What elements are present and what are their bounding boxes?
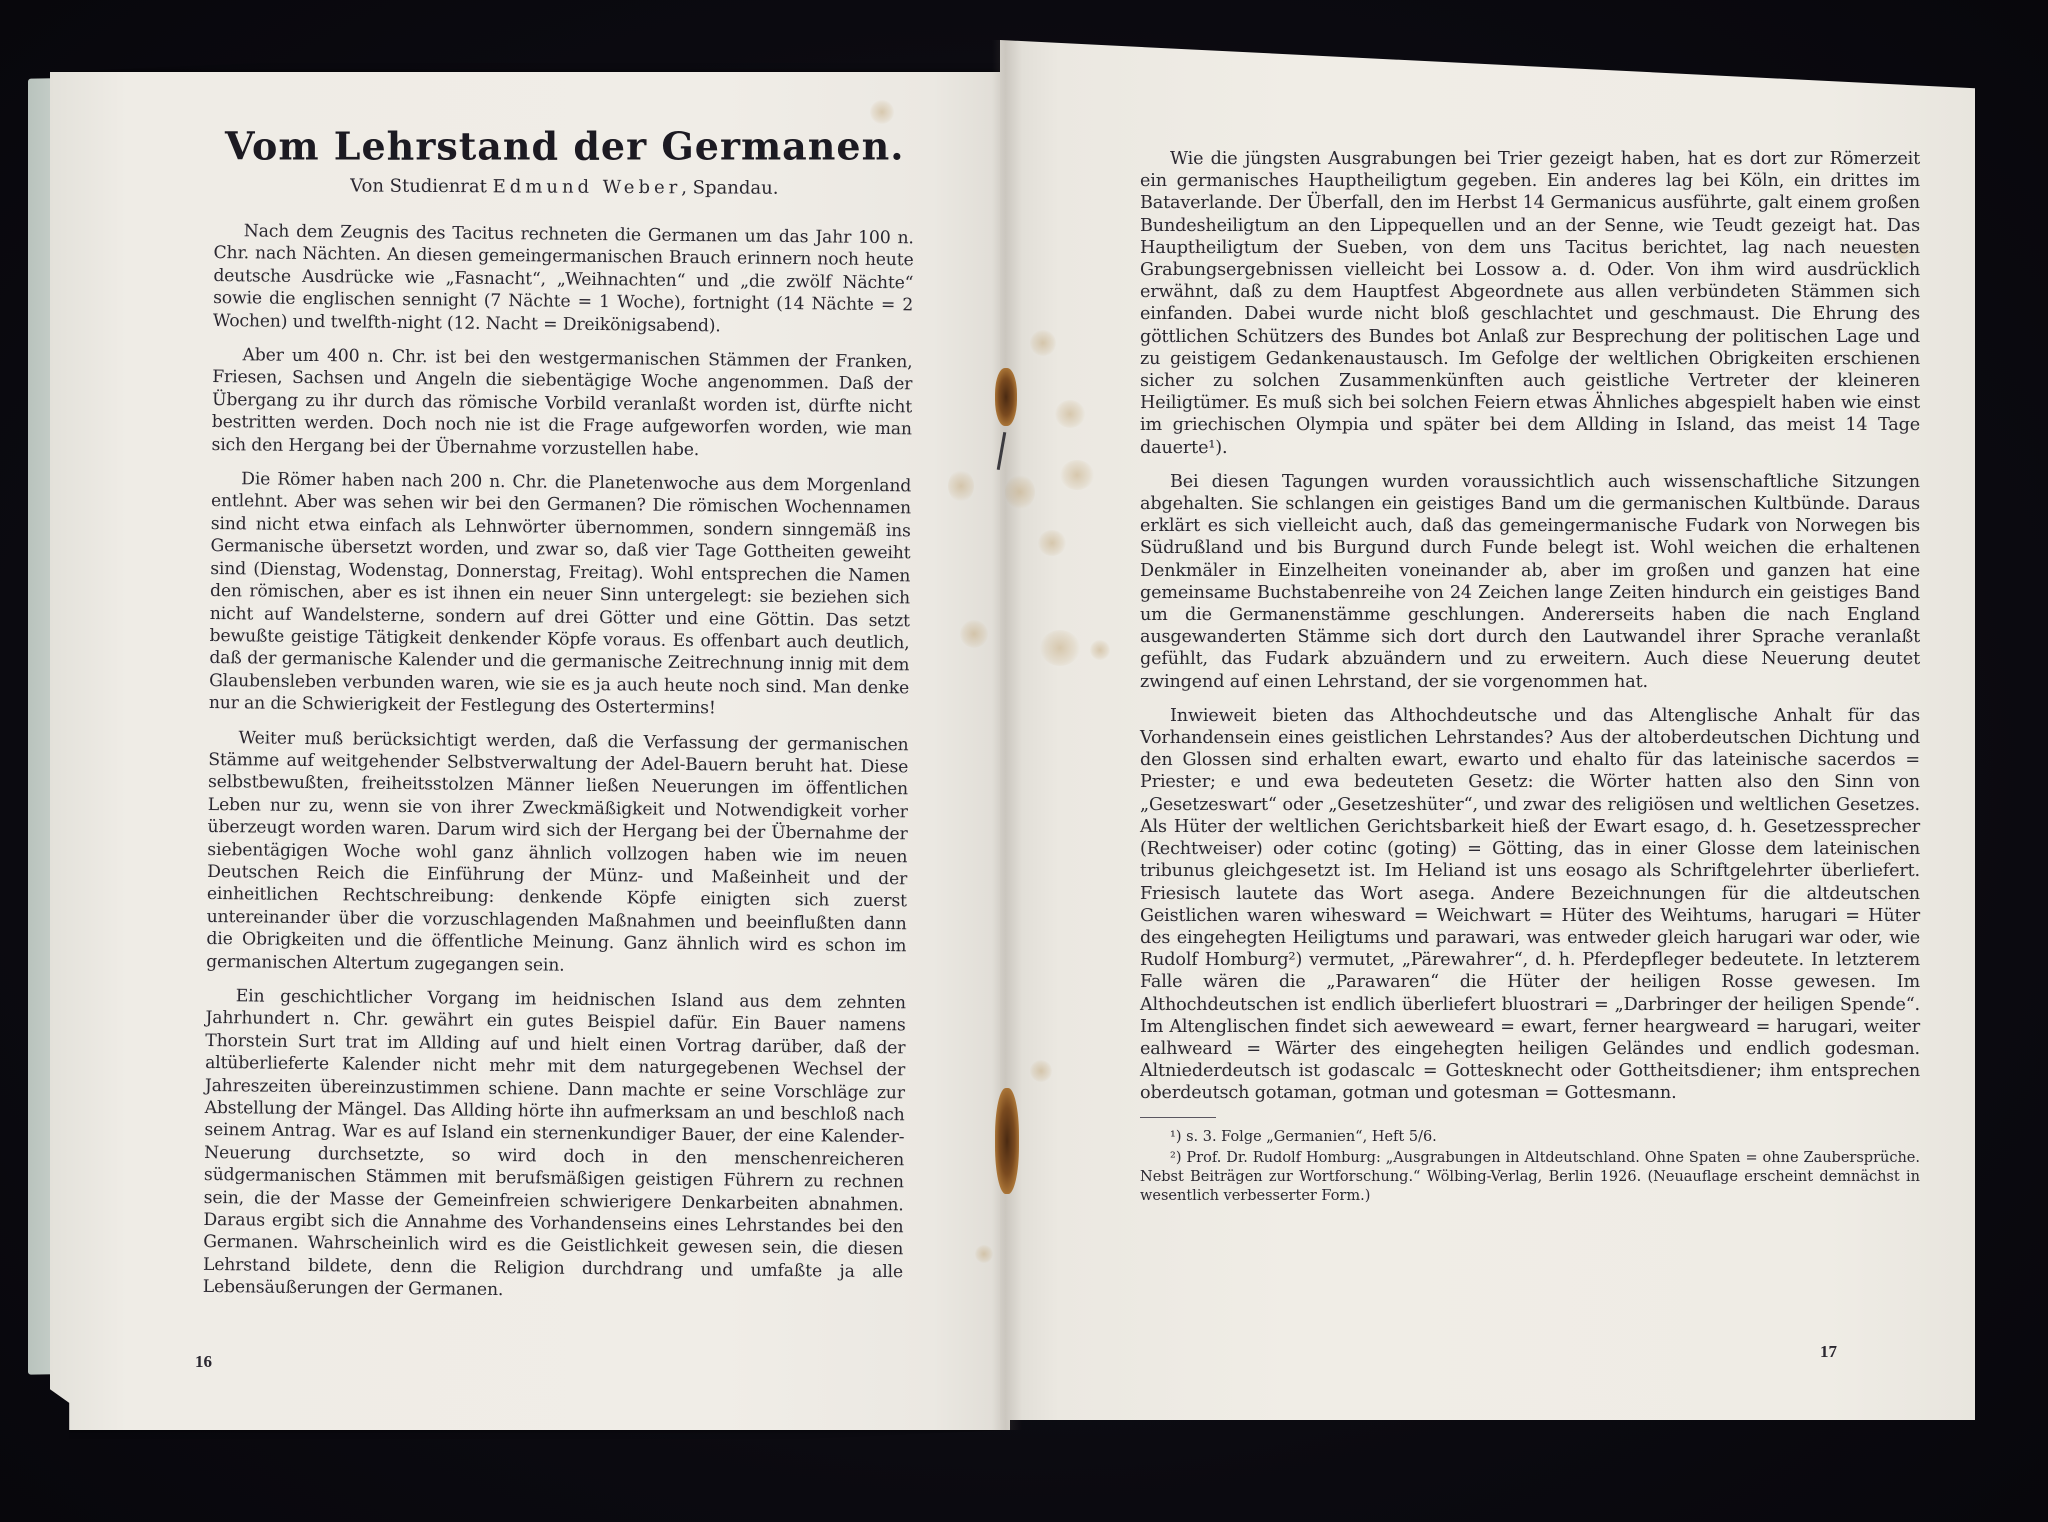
right-page-text: Wie die jüngsten Ausgrabungen bei Trier … [1140,148,1920,1208]
paragraph: Bei diesen Tagungen wurden voraussichtli… [1140,471,1920,693]
page-number-left: 16 [195,1352,212,1372]
foxing-stain [1038,530,1066,556]
foxing-stain [975,1245,993,1263]
footnote: ²) Prof. Dr. Rudolf Homburg: „Ausgrabung… [1140,1149,1920,1206]
byline-prefix: Von Studienrat [350,176,487,198]
paragraph: Weiter muß berücksichtigt werden, daß di… [206,726,909,980]
byline-suffix: , Spandau. [681,177,778,199]
paragraph: Wie die jüngsten Ausgrabungen bei Trier … [1140,148,1920,459]
article-byline: Von Studienrat Edmund Weber, Spandau. [214,175,914,200]
paragraph: Ein geschichtlicher Vorgang im heidnisch… [203,985,906,1306]
rust-stain-top [995,368,1017,426]
left-page-text: Vom Lehrstand der Germanen. Von Studienr… [203,120,915,1318]
paragraph: Die Römer haben nach 200 n. Chr. die Pla… [209,468,912,722]
rust-stain-bottom [995,1088,1019,1194]
foxing-stain [1040,630,1080,666]
foxing-stain [1090,640,1110,660]
paragraph: Nach dem Zeugnis des Tacitus rechneten d… [213,220,914,339]
paragraph: Inwieweit bieten das Althochdeutsche und… [1140,705,1920,1105]
foxing-stain [960,620,988,648]
byline-author: Edmund Weber [493,176,682,198]
foxing-stain [1030,330,1056,356]
foxing-stain [948,470,974,502]
foxing-stain [1060,460,1094,490]
book-gutter [992,40,1022,1430]
foxing-stain [1005,475,1035,509]
page-number-right: 17 [1820,1342,1837,1362]
footnote: ¹) s. 3. Folge „Germanien“, Heft 5/6. [1140,1128,1920,1147]
paragraph: Aber um 400 n. Chr. ist bei den westgerm… [211,344,912,463]
foxing-stain [1055,400,1085,428]
foxing-stain [1030,1060,1052,1082]
footnote-divider [1140,1117,1216,1118]
foxing-stain [870,100,894,124]
article-title: Vom Lehrstand der Germanen. [215,124,915,169]
